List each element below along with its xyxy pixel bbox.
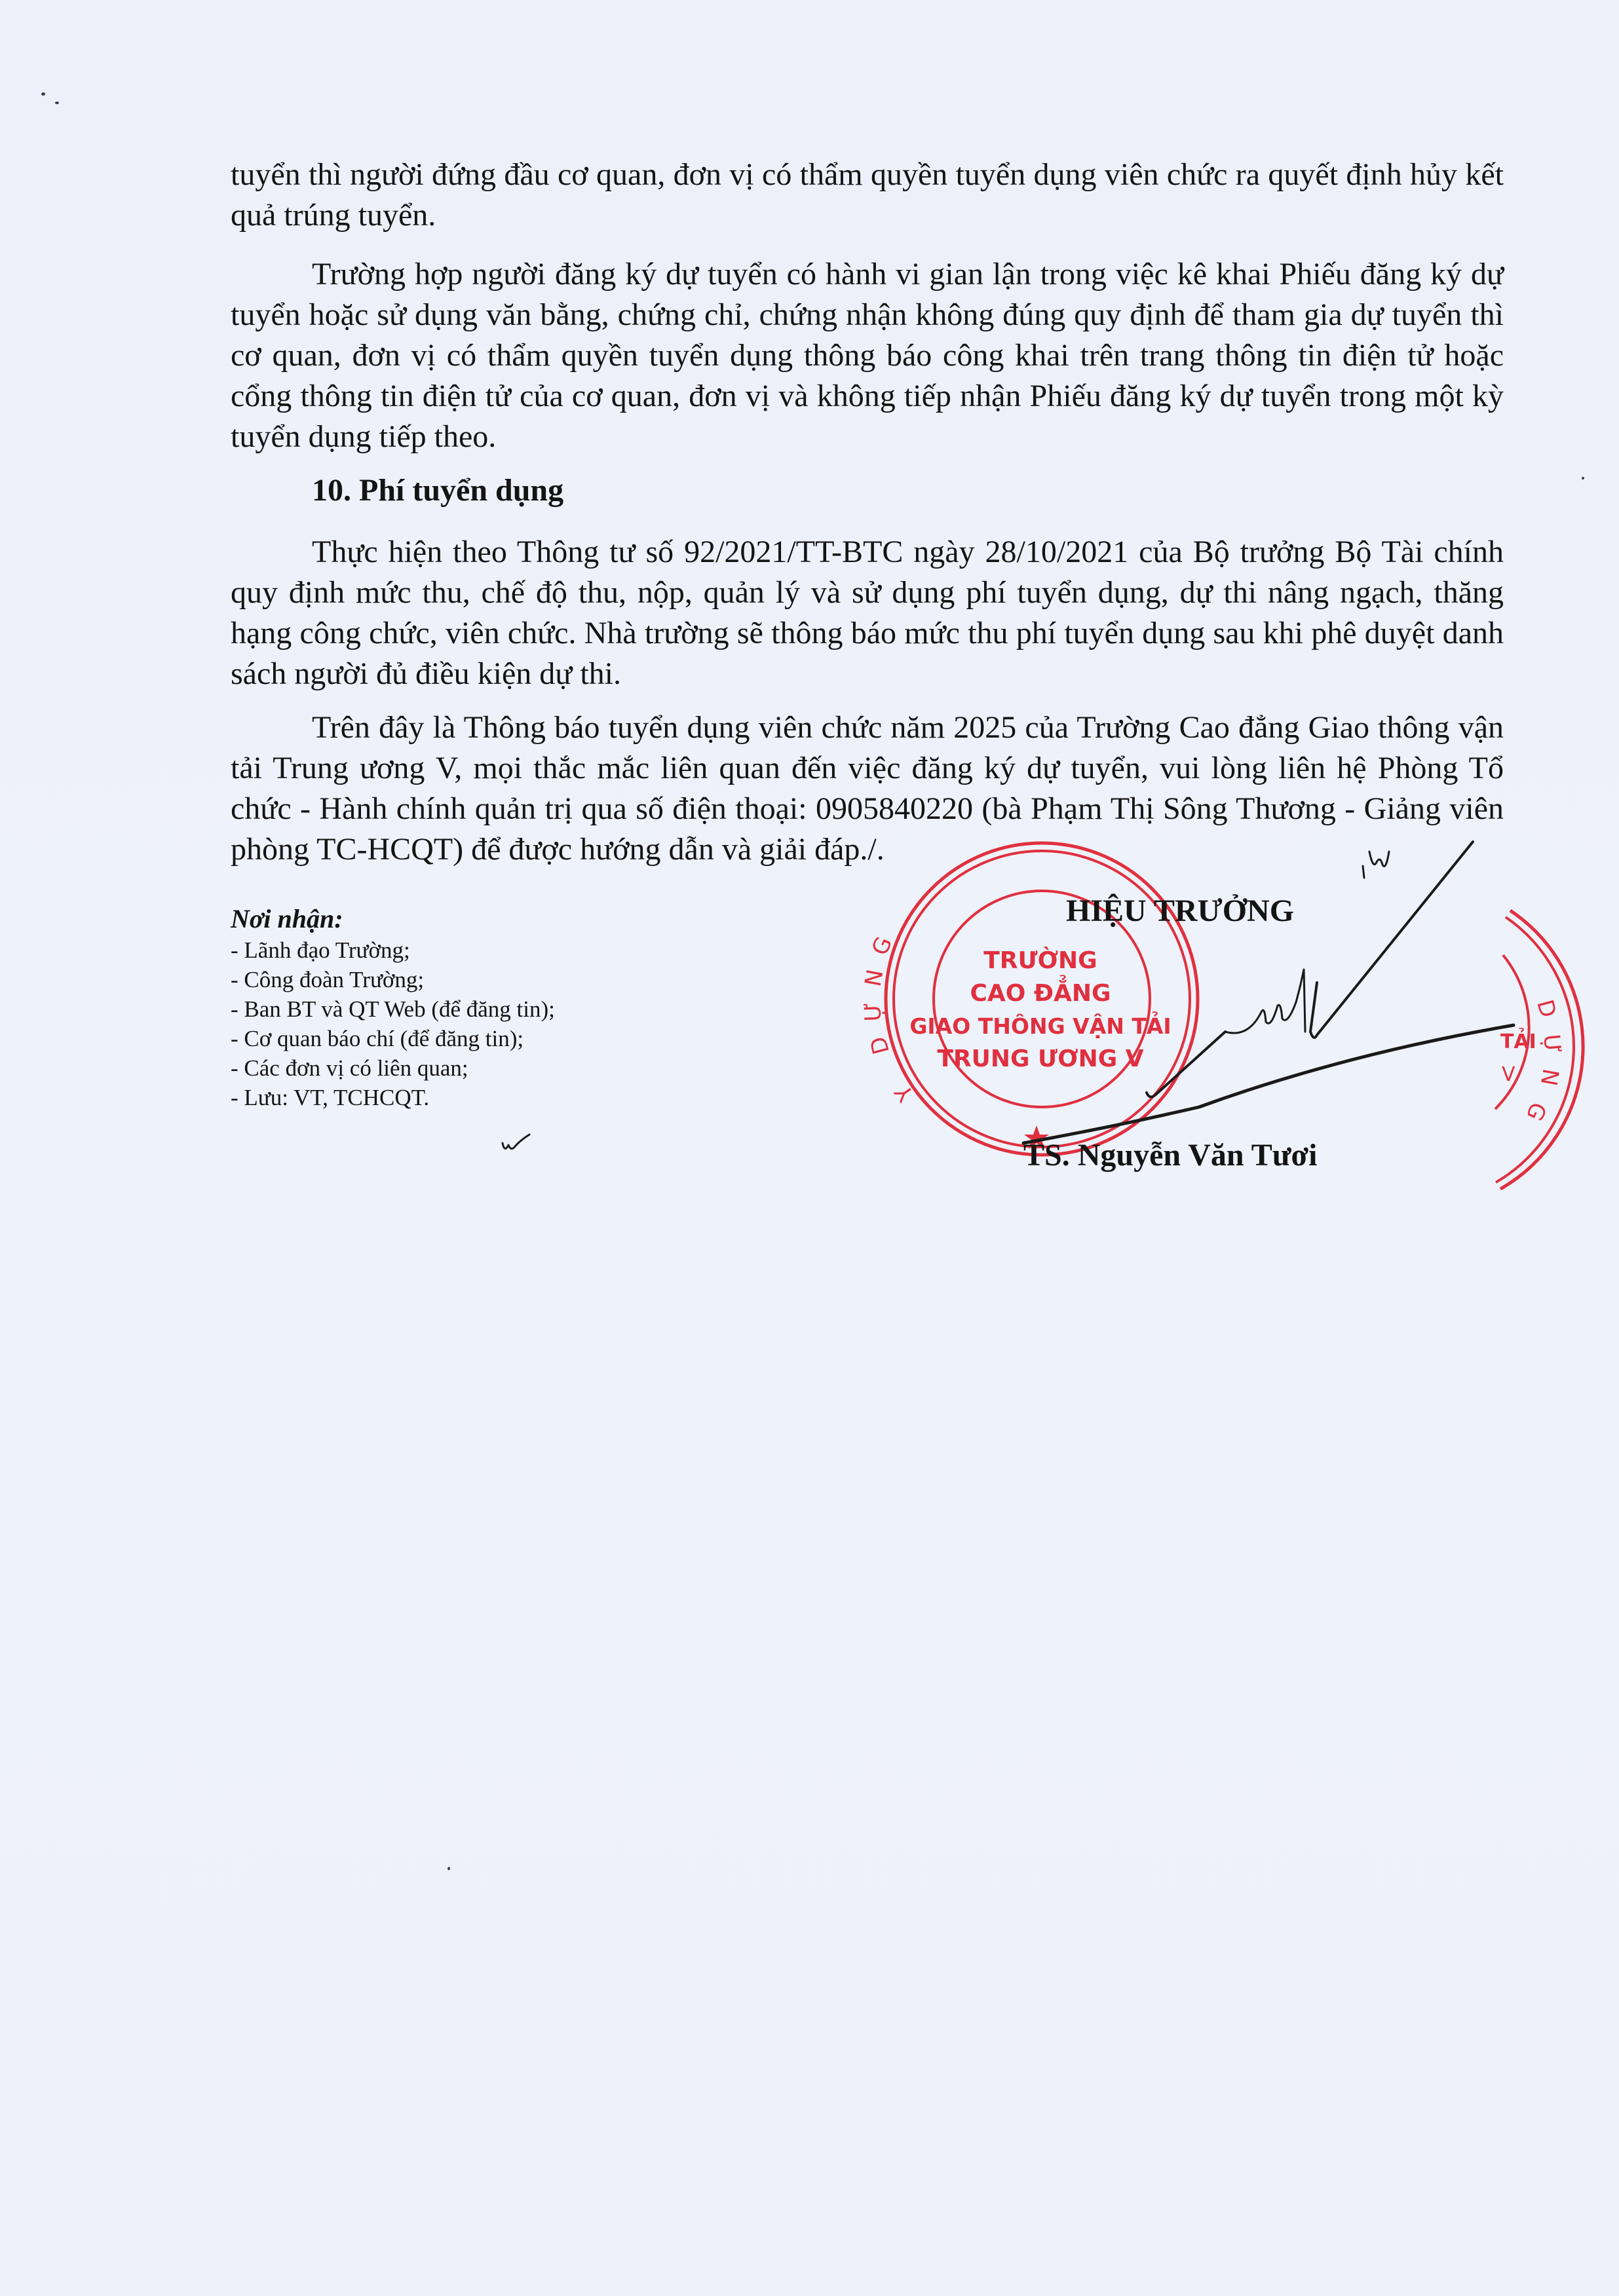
stamp-line: TRƯỜNG	[983, 947, 1097, 974]
paragraph-text: Trên đây là Thông báo tuyển dụng viên ch…	[231, 707, 1504, 870]
svg-text:Ự: Ự	[1538, 1033, 1565, 1055]
paragraph-fee-regulation: Thực hiện theo Thông tư số 92/2021/TT-BT…	[231, 532, 1504, 694]
scan-speck	[1582, 477, 1584, 480]
scan-speck	[448, 1867, 450, 1870]
paragraph-closing-contact: Trên đây là Thông báo tuyển dụng viên ch…	[231, 707, 1504, 870]
recipient-item: - Cơ quan báo chí (để đăng tin);	[231, 1024, 555, 1053]
svg-text:N: N	[1535, 1066, 1564, 1087]
signer-title: HIỆU TRƯỞNG	[1066, 891, 1294, 932]
paragraph-continuation: tuyển thì người đứng đầu cơ quan, đơn vị…	[231, 155, 1504, 236]
recipients-list: - Lãnh đạo Trường; - Công đoàn Trường; -…	[231, 935, 555, 1112]
paragraph-text: tuyển thì người đứng đầu cơ quan, đơn vị…	[231, 155, 1504, 236]
paragraph-text: Trường hợp người đăng ký dự tuyển có hàn…	[231, 254, 1504, 457]
paragraph-text: Thực hiện theo Thông tư số 92/2021/TT-BT…	[231, 532, 1504, 694]
svg-text:D: D	[1531, 997, 1561, 1021]
recipient-item: - Công đoàn Trường;	[231, 965, 555, 994]
stamp-line: GIAO THÔNG VẬN TẢI	[909, 1011, 1171, 1039]
stamp-partial-text: V	[1502, 1063, 1515, 1086]
scan-speck	[55, 102, 59, 104]
recipient-item: - Ban BT và QT Web (để đăng tin);	[231, 994, 555, 1024]
scan-speck	[41, 92, 45, 96]
recipient-item: - Các đơn vị có liên quan;	[231, 1053, 555, 1083]
svg-text:G: G	[1521, 1098, 1552, 1125]
recipient-item: - Lưu: VT, TCHCQT.	[231, 1083, 555, 1112]
recipient-item: - Lãnh đạo Trường;	[231, 935, 555, 965]
stamp-partial-text: TẢI	[1500, 1028, 1536, 1053]
recipients-block: Nơi nhận: - Lãnh đạo Trường; - Công đoàn…	[231, 903, 555, 1112]
document-page: tuyển thì người đứng đầu cơ quan, đơn vị…	[0, 0, 1619, 2296]
stamp-line: CAO ĐẲNG	[970, 975, 1111, 1007]
stamp-line: TRUNG ƯƠNG V	[937, 1045, 1143, 1072]
signer-name: TS. Nguyễn Văn Tươi	[1023, 1135, 1317, 1176]
recipients-title: Nơi nhận:	[231, 903, 555, 935]
section-heading-recruitment-fee: 10. Phí tuyển dụng	[312, 470, 563, 511]
paragraph-fraud-policy: Trường hợp người đăng ký dự tuyển có hàn…	[231, 254, 1504, 457]
